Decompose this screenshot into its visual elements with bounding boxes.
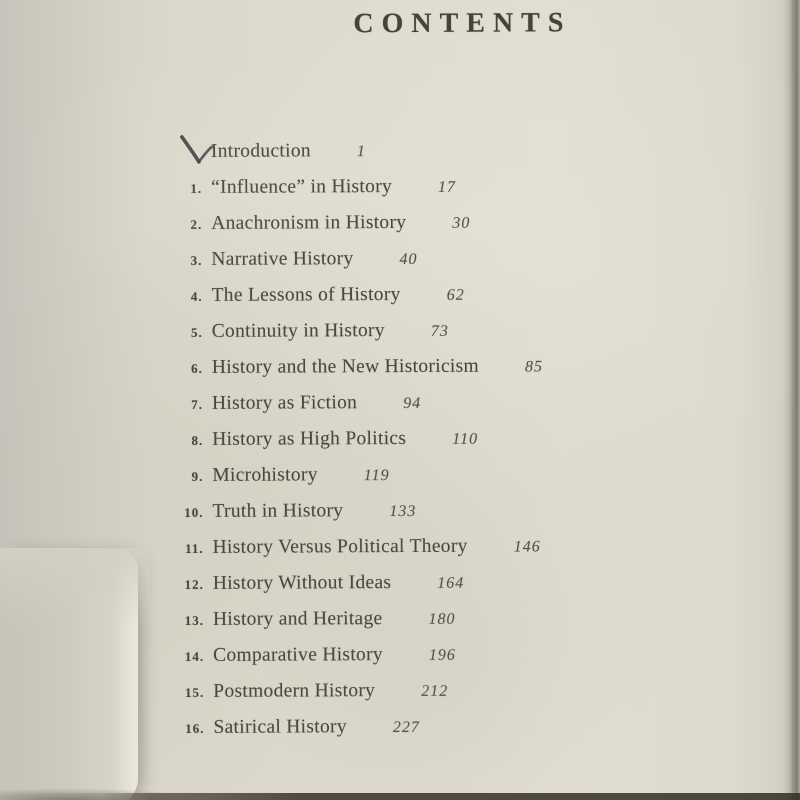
chapter-page-number: 62: [447, 287, 465, 305]
chapter-number: 2.: [162, 217, 202, 233]
chapter-number: 16.: [164, 721, 204, 737]
toc-entry: 8. History as High Politics 110: [163, 427, 723, 465]
handwritten-check-icon: [178, 132, 218, 172]
chapter-title: Comparative History: [213, 644, 383, 667]
chapter-page-number: 30: [452, 215, 470, 233]
toc-entry: 2. Anachronism in History 30: [162, 211, 722, 249]
chapter-title: The Lessons of History: [211, 284, 400, 307]
toc-entry: 12. History Without Ideas 164: [164, 571, 724, 609]
chapter-page-number: 164: [437, 575, 464, 593]
chapter-number: 13.: [164, 613, 204, 629]
chapter-number: 14.: [164, 649, 204, 665]
chapter-page-number: 146: [514, 538, 541, 556]
toc-entry: 9. Microhistory 119: [163, 463, 723, 501]
chapter-title: History Versus Political Theory: [213, 536, 468, 559]
chapter-page-number: 40: [399, 251, 417, 269]
chapter-title: Truth in History: [212, 500, 343, 523]
chapter-page-number: 196: [429, 647, 456, 665]
chapter-number: 1.: [162, 181, 202, 197]
book-page-photo: CONTENTS Introduction 1 1. “Influence” i…: [0, 0, 800, 800]
chapter-title: “Influence” in History: [211, 176, 392, 199]
chapter-page-number: 85: [525, 358, 543, 376]
toc-entry: 4. The Lessons of History 62: [162, 283, 722, 321]
chapter-number: 11.: [164, 541, 204, 557]
chapter-number: 4.: [163, 289, 203, 305]
chapter-number: 10.: [163, 505, 203, 521]
chapter-page-number: 180: [428, 611, 455, 629]
toc-entry: 3. Narrative History 40: [162, 247, 722, 285]
toc-entry: 15. Postmodern History 212: [164, 679, 724, 717]
toc-entry: 10. Truth in History 133: [163, 499, 723, 537]
chapter-title: History as Fiction: [212, 392, 357, 415]
chapter-number: 9.: [163, 469, 203, 485]
chapter-title: History Without Ideas: [213, 572, 392, 595]
chapter-title: Postmodern History: [213, 680, 375, 703]
chapter-number: 8.: [163, 433, 203, 449]
chapter-title: Microhistory: [212, 464, 318, 486]
chapter-title: History and the New Historicism: [212, 356, 479, 379]
chapter-page-number: 73: [431, 323, 449, 341]
toc-entry: 14. Comparative History 196: [164, 643, 724, 681]
chapter-page-number: 227: [393, 719, 420, 737]
chapter-page-number: 119: [364, 467, 390, 485]
toc-entry: 11. History Versus Political Theory 146: [164, 535, 724, 573]
chapter-title: History and Heritage: [213, 608, 383, 631]
contents-page: CONTENTS Introduction 1 1. “Influence” i…: [0, 0, 800, 800]
toc-list: Introduction 1 1. “Influence” in History…: [162, 139, 725, 753]
chapter-page-number: 133: [389, 503, 416, 521]
toc-entry: 5. Continuity in History 73: [163, 319, 723, 357]
chapter-number: 7.: [163, 397, 203, 413]
chapter-title: Introduction: [211, 140, 311, 162]
chapter-number: 6.: [163, 361, 203, 377]
chapter-page-number: 110: [452, 431, 478, 449]
chapter-title: Satirical History: [213, 716, 347, 739]
toc-entry: 16. Satirical History 227: [164, 715, 724, 753]
chapter-page-number: 94: [403, 395, 421, 413]
chapter-number: 15.: [164, 685, 204, 701]
chapter-number: 12.: [164, 577, 204, 593]
toc-entry: 6. History and the New Historicism 85: [163, 355, 723, 393]
toc-entry: 7. History as Fiction 94: [163, 391, 723, 429]
chapter-title: Continuity in History: [212, 320, 385, 343]
page-title: CONTENTS: [353, 7, 571, 40]
chapter-page-number: 212: [421, 683, 448, 701]
toc-entry: 1. “Influence” in History 17: [162, 175, 722, 213]
toc-entry: 13. History and Heritage 180: [164, 607, 724, 645]
chapter-title: Narrative History: [211, 248, 353, 271]
toc-entry: Introduction 1: [162, 139, 722, 177]
chapter-page-number: 17: [438, 179, 456, 197]
chapter-page-number: 1: [357, 143, 366, 161]
chapter-number: 5.: [163, 325, 203, 341]
chapter-title: History as High Politics: [212, 428, 406, 451]
chapter-number: 3.: [162, 253, 202, 269]
chapter-title: Anachronism in History: [211, 212, 406, 235]
